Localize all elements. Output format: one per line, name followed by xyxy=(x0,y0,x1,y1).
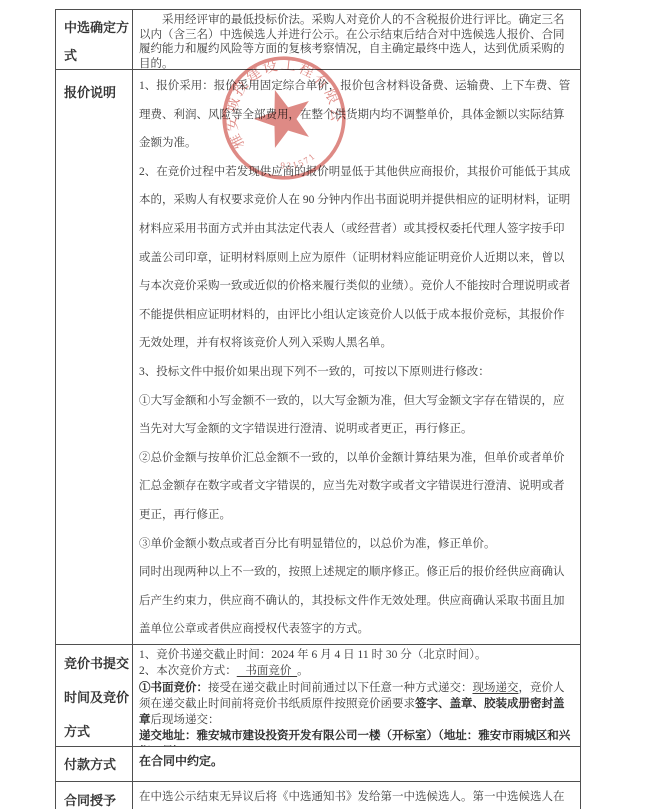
text-segment: 在合同中约定。 xyxy=(139,754,223,768)
text-segment: 同时出现两种以上不一致的，按照上述规定的顺序修正。修正后的报价经供应商确认后产生… xyxy=(139,566,565,635)
row-selection-method: 中选确定方式 采用经评审的最低投标价法。采购人对竞价人的不含税报价进行评比。确定… xyxy=(56,10,580,70)
text-segment: 后现场递交： xyxy=(151,714,220,726)
paragraph: 在中选公示结束无异议后将《中选通知书》发给第一中选候选人。第一中选候选人在 xyxy=(139,790,572,805)
text-segment: 现场递交 xyxy=(473,682,519,694)
text-segment: 在中选公示结束无异议后将《中选通知书》发给第一中选候选人。第一中选候选人在 xyxy=(139,791,565,803)
row-content-contract-award: 在中选公示结束无异议后将《中选通知书》发给第一中选候选人。第一中选候选人在 xyxy=(133,782,580,809)
document-table: 中选确定方式 采用经评审的最低投标价法。采购人对竞价人的不含税报价进行评比。确定… xyxy=(55,9,581,809)
text-segment: 1、报价采用：报价采用固定综合单价，报价包含材料设备费、运输费、上下车费、管理费… xyxy=(139,80,570,149)
row-label-bid-submission: 竞价书提交时间及竞价方式 xyxy=(56,645,133,746)
text-segment: ②总价金额与按单价汇总金额不一致的，以单价金额计算结果为准，但单价或者单价汇总金… xyxy=(139,452,565,521)
paragraph: ①大写金额和小写金额不一致的，以大写金额为准，但大写金额文字存在错误的，应当先对… xyxy=(139,387,572,444)
paragraph: 3、投标文件中报价如果出现下列不一致的，可按以下原则进行修改： xyxy=(139,358,572,387)
paragraph: 1、竞价书递交截止时间：2024 年 6 月 4 日 11 时 30 分（北京时… xyxy=(139,647,572,663)
row-content-quote-notes: 1、报价采用：报价采用固定综合单价，报价包含材料设备费、运输费、上下车费、管理费… xyxy=(133,70,580,644)
paragraph: 在合同中约定。 xyxy=(139,754,572,769)
row-content-bid-submission: 1、竞价书递交截止时间：2024 年 6 月 4 日 11 时 30 分（北京时… xyxy=(133,645,580,746)
paragraph: 采用经评审的最低投标价法。采购人对竞价人的不含税报价进行评比。确定三名以内（含三… xyxy=(139,13,572,69)
text-segment: 书面竞价 xyxy=(237,665,297,677)
row-label-quote-notes: 报价说明 xyxy=(56,70,133,644)
paragraph: ①书面竞价：接受在递交截止时间前通过以下任意一种方式递交：现场递交，竞价人须在递… xyxy=(139,680,572,729)
row-content-selection-method: 采用经评审的最低投标价法。采购人对竞价人的不含税报价进行评比。确定三名以内（含三… xyxy=(133,10,580,69)
paragraph: 2、在竞价过程中若发现供应商的报价明显低于其他供应商报价，其报价可能低于其成本的… xyxy=(139,158,572,358)
text-segment: 2、在竞价过程中若发现供应商的报价明显低于其他供应商报价，其报价可能低于其成本的… xyxy=(139,166,570,350)
text-segment: ①书面竞价： xyxy=(139,682,208,694)
paragraph: ②总价金额与按单价汇总金额不一致的，以单价金额计算结果为准，但单价或者单价汇总金… xyxy=(139,444,572,530)
text-segment: 。 xyxy=(297,665,309,677)
text-segment: ③单价金额小数点或者百分比有明显错位的，以总价为准，修正单价。 xyxy=(139,538,496,550)
text-segment: ①大写金额和小写金额不一致的，以大写金额为准，但大写金额文字存在错误的，应当先对… xyxy=(139,395,565,436)
row-content-payment-method: 在合同中约定。 xyxy=(133,747,580,781)
text-segment: 采用经评审的最低投标价法。采购人对竞价人的不含税报价进行评比。确定三名以内（含三… xyxy=(139,14,565,69)
row-label-contract-award: 合同授予 xyxy=(56,782,133,809)
row-contract-award: 合同授予 在中选公示结束无异议后将《中选通知书》发给第一中选候选人。第一中选候选… xyxy=(56,782,580,809)
row-payment-method: 付款方式 在合同中约定。 xyxy=(56,747,580,782)
text-segment: 3、投标文件中报价如果出现下列不一致的，可按以下原则进行修改： xyxy=(139,366,490,378)
text-segment: 1、竞价书递交截止时间：2024 年 6 月 4 日 11 时 30 分（北京时… xyxy=(139,649,486,661)
text-segment: 接受在递交截止时间前通过以下任意一种方式递交： xyxy=(208,682,473,694)
scanned-document-page: { "page": { "background": "#ffffff", "te… xyxy=(0,0,668,809)
text-segment: 2、本次竞价方式： xyxy=(139,665,237,677)
paragraph: 1、报价采用：报价采用固定综合单价，报价包含材料设备费、运输费、上下车费、管理费… xyxy=(139,72,572,158)
paragraph: ③单价金额小数点或者百分比有明显错位的，以总价为准，修正单价。 xyxy=(139,530,572,559)
paragraph: 递交地址：雅安城市建设投资开发有限公司一楼（开标室）（地址：雅安市雨城区和兴街 … xyxy=(139,728,572,746)
text-segment: 递交地址：雅安城市建设投资开发有限公司一楼（开标室）（地址：雅安市雨城区和兴街 … xyxy=(139,730,570,746)
paragraph: 同时出现两种以上不一致的，按照上述规定的顺序修正。修正后的报价经供应商确认后产生… xyxy=(139,558,572,644)
row-bid-submission: 竞价书提交时间及竞价方式 1、竞价书递交截止时间：2024 年 6 月 4 日 … xyxy=(56,645,580,747)
paragraph: 2、本次竞价方式： 书面竞价 。 xyxy=(139,663,572,679)
row-label-selection-method: 中选确定方式 xyxy=(56,10,133,69)
row-label-payment-method: 付款方式 xyxy=(56,747,133,781)
row-quote-notes: 报价说明 1、报价采用：报价采用固定综合单价，报价包含材料设备费、运输费、上下车… xyxy=(56,70,580,645)
